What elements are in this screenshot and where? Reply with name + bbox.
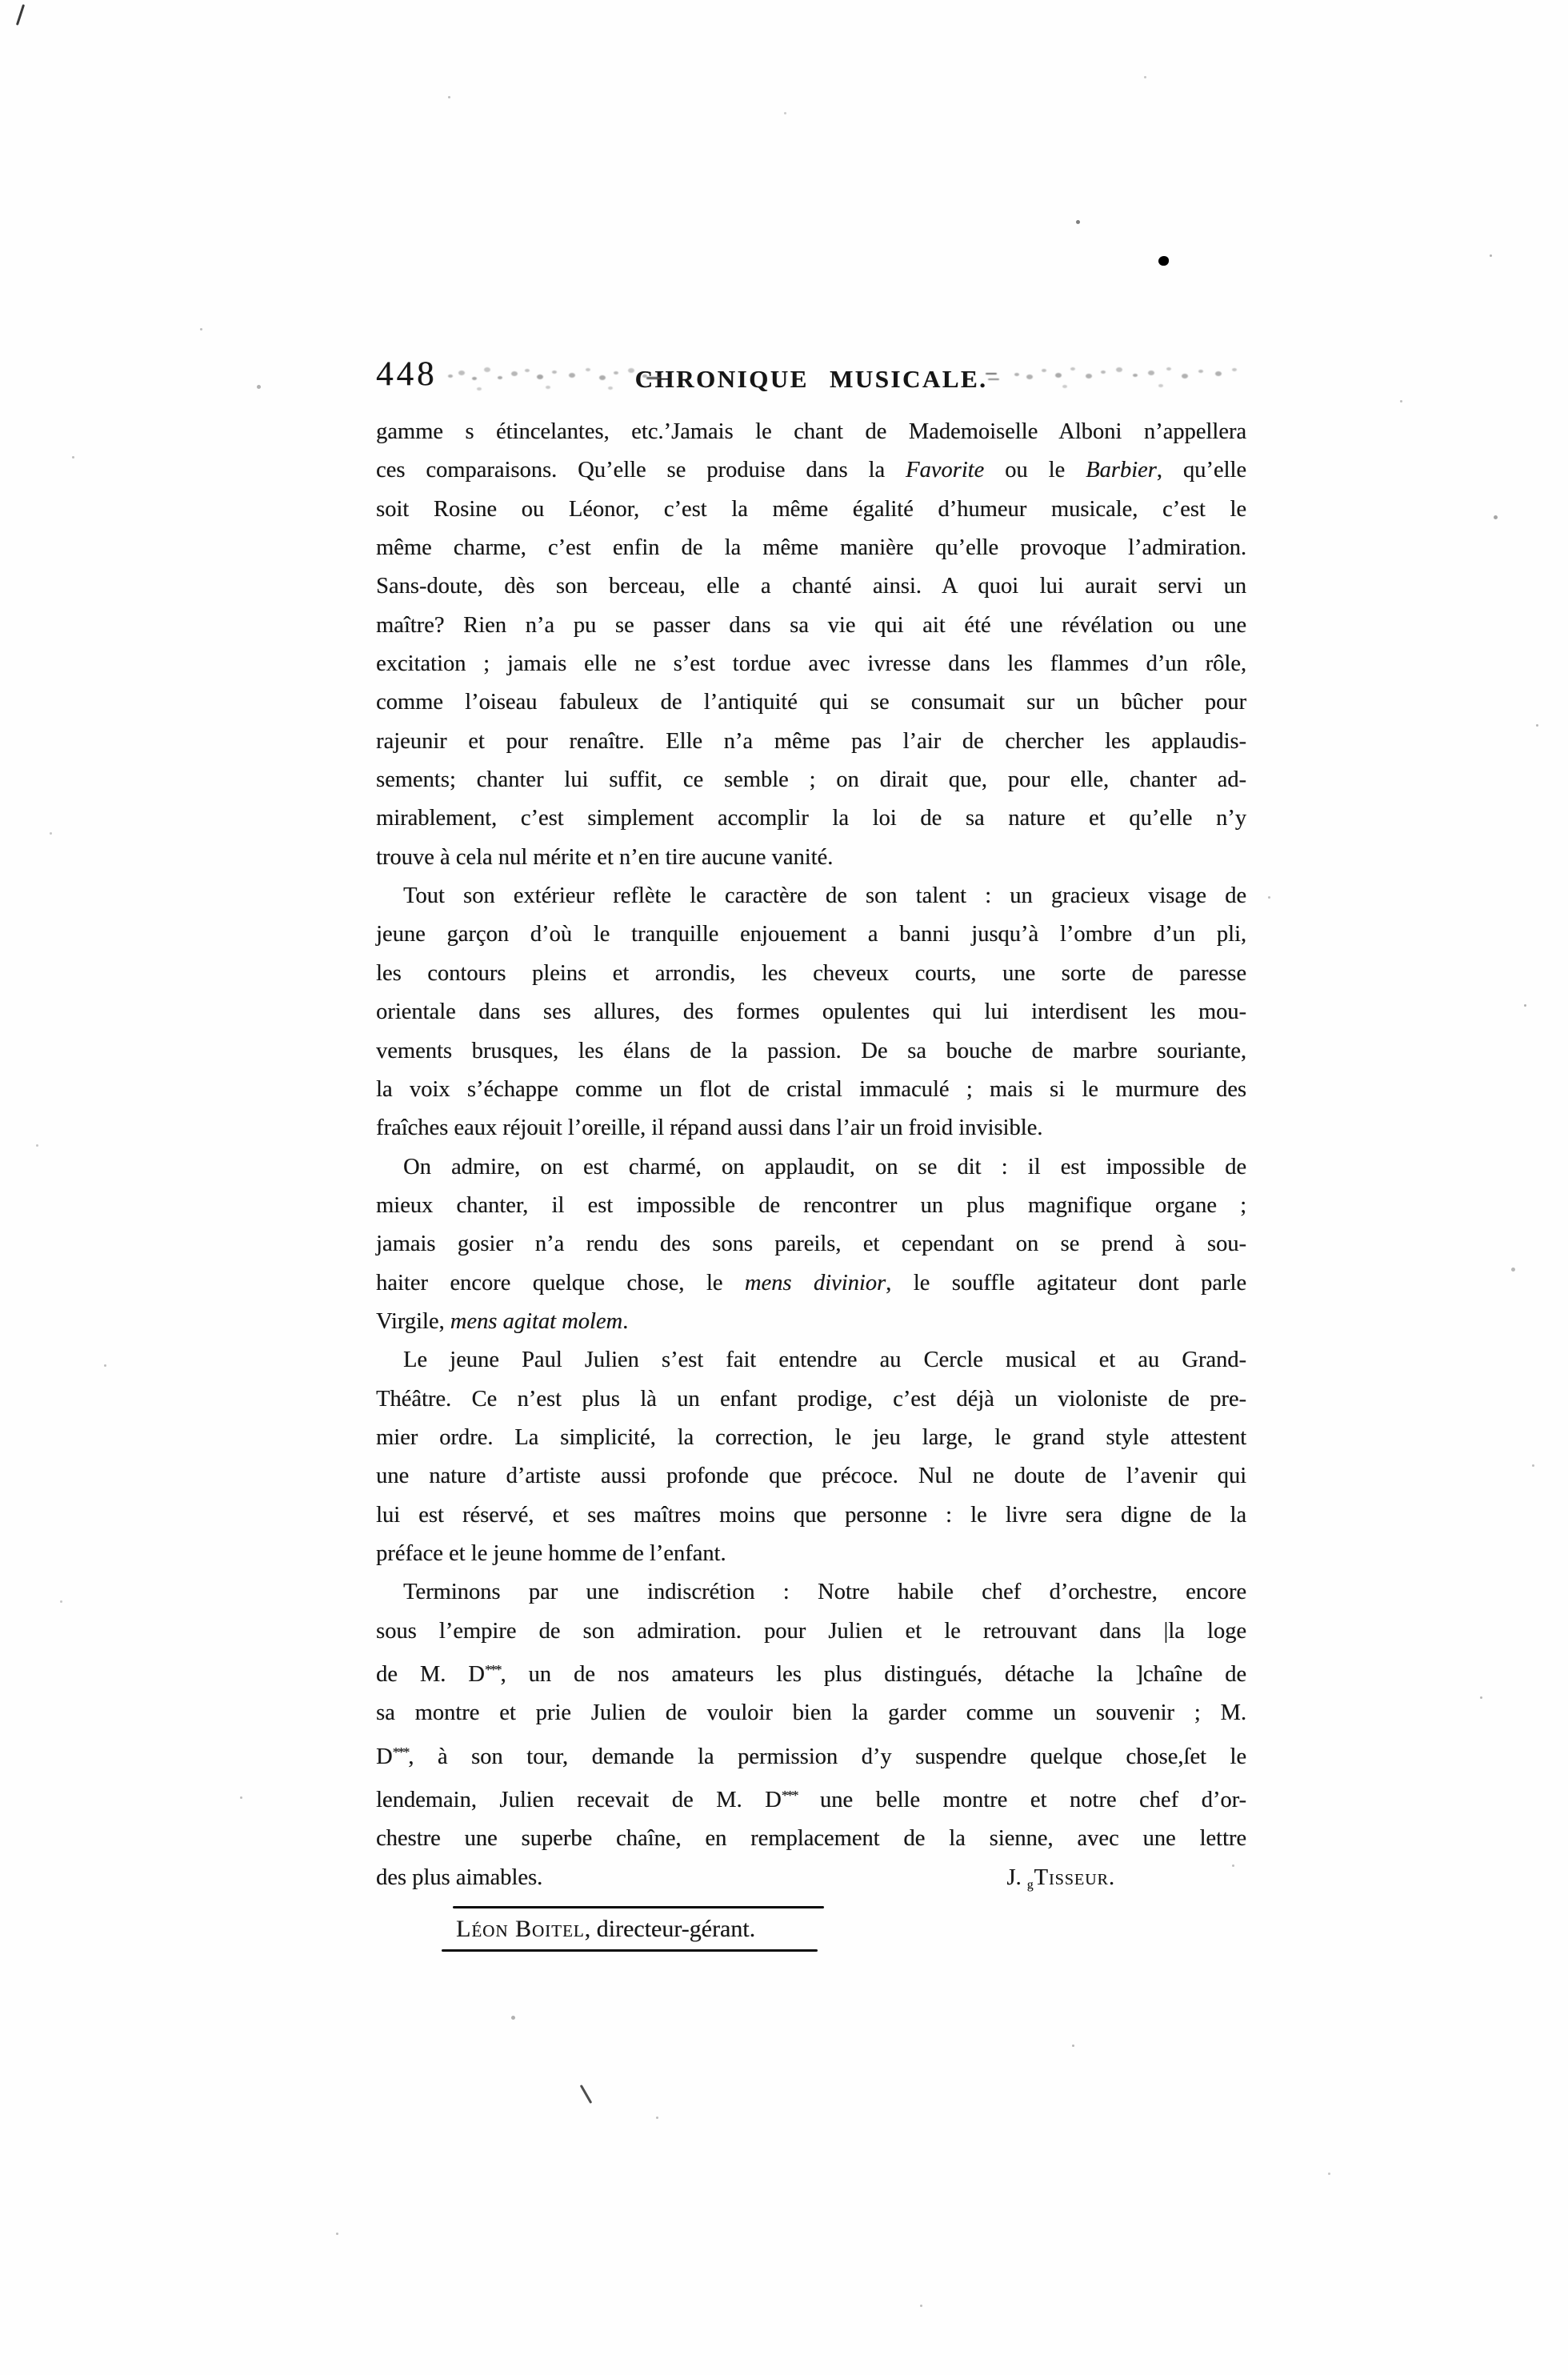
closing-line: des plus aimables.J. gTisseur. — [376, 1859, 1246, 1904]
text-line: orientale dans ses allures, des formes o… — [376, 993, 1246, 1031]
text-line: trouve à cela nul mérite et n’en tire au… — [376, 839, 1246, 877]
text-line: Sans-doute, dès son berceau, elle a chan… — [376, 567, 1246, 606]
imprint-block: Léon Boitel, directeur-gérant. — [442, 1906, 826, 1952]
text-line: préface et le jeune homme de l’enfant. — [376, 1535, 1246, 1573]
closing-text: des plus aimables. — [376, 1859, 542, 1904]
scan-dash — [986, 373, 997, 374]
text-line: Terminons par une indiscrétion : Notre h… — [376, 1573, 1246, 1612]
text-line: On admire, on est charmé, on applaudit, … — [376, 1148, 1246, 1187]
author-signature: J. gTisseur. — [1006, 1859, 1114, 1904]
text-line: les contours pleins et arrondis, les che… — [376, 955, 1246, 993]
text-line: une nature d’artiste aussi profonde que … — [376, 1457, 1246, 1496]
text-line: Virgile, mens agitat molem. — [376, 1303, 1246, 1341]
text-line: soit Rosine ou Léonor, c’est la même éga… — [376, 491, 1246, 529]
scanned-page: 448 CHRONIQUE MUSICALE. gamme s étincela… — [0, 0, 1568, 2375]
text-line: mier ordre. La simplicité, la correction… — [376, 1419, 1246, 1457]
imprint-text: Léon Boitel, directeur-gérant. — [456, 1914, 826, 1944]
text-line: jeune garçon d’où le tranquille enjoueme… — [376, 915, 1246, 954]
page-header: 448 CHRONIQUE MUSICALE. — [376, 357, 1246, 395]
text-line: maître? Rien n’a pu se passer dans sa vi… — [376, 607, 1246, 645]
text-line: jamais gosier n’a rendu des sons pareils… — [376, 1225, 1246, 1264]
text-line: sements; chanter lui suffit, ce semble ;… — [376, 761, 1246, 799]
text-line: chestre une superbe chaîne, en remplacem… — [376, 1820, 1246, 1858]
text-line: fraîches eaux réjouit l’oreille, il répa… — [376, 1109, 1246, 1147]
text-line: mieux chanter, il est impossible de renc… — [376, 1187, 1246, 1225]
text-line: ces comparaisons. Qu’elle se produise da… — [376, 451, 1246, 490]
text-line: haiter encore quelque chose, le mens div… — [376, 1264, 1246, 1303]
text-line: de M. D***, un de nos amateurs les plus … — [376, 1651, 1246, 1694]
running-title: CHRONIQUE MUSICALE. — [376, 366, 1246, 391]
body-text: gamme s étincelantes, etc.’Jamais le cha… — [376, 413, 1246, 1904]
text-line: rajeunir et pour renaître. Elle n’a même… — [376, 723, 1246, 761]
scan-smudge — [448, 374, 453, 378]
text-line: Le jeune Paul Julien s’est fait entendre… — [376, 1341, 1246, 1380]
text-line: Tout son extérieur reflète le caractère … — [376, 877, 1246, 915]
scan-speckles — [0, 0, 2, 2]
text-line: même charme, c’est enfin de la même mani… — [376, 529, 1246, 567]
text-line: lendemain, Julien recevait de M. D*** un… — [376, 1776, 1246, 1820]
scan-smudge — [1014, 373, 1019, 376]
scan-dash — [646, 377, 660, 379]
ink-blot — [1158, 256, 1169, 266]
lower-scan-mark — [580, 2085, 593, 2104]
corner-scan-mark — [16, 4, 25, 26]
imprint-rule-bottom — [442, 1949, 818, 1952]
text-line: gamme s étincelantes, etc.’Jamais le cha… — [376, 413, 1246, 451]
text-line: la voix s’échappe comme un flot de crist… — [376, 1071, 1246, 1109]
text-line: lui est réservé, et ses maîtres moins qu… — [376, 1496, 1246, 1535]
text-line: mirablement, c’est simplement accomplir … — [376, 799, 1246, 838]
text-line: sous l’empire de son admiration. pour Ju… — [376, 1612, 1246, 1651]
text-line: Théâtre. Ce n’est plus là un enfant prod… — [376, 1380, 1246, 1419]
text-line: sa montre et prie Julien de vouloir bien… — [376, 1694, 1246, 1732]
imprint-rule-top — [453, 1906, 824, 1908]
text-line: excitation ; jamais elle ne s’est tordue… — [376, 645, 1246, 683]
text-line: vements brusques, les élans de la passio… — [376, 1032, 1246, 1071]
text-line: D***, à son tour, demande la permission … — [376, 1733, 1246, 1776]
text-line: comme l’oiseau fabuleux de l’antiquité q… — [376, 683, 1246, 722]
